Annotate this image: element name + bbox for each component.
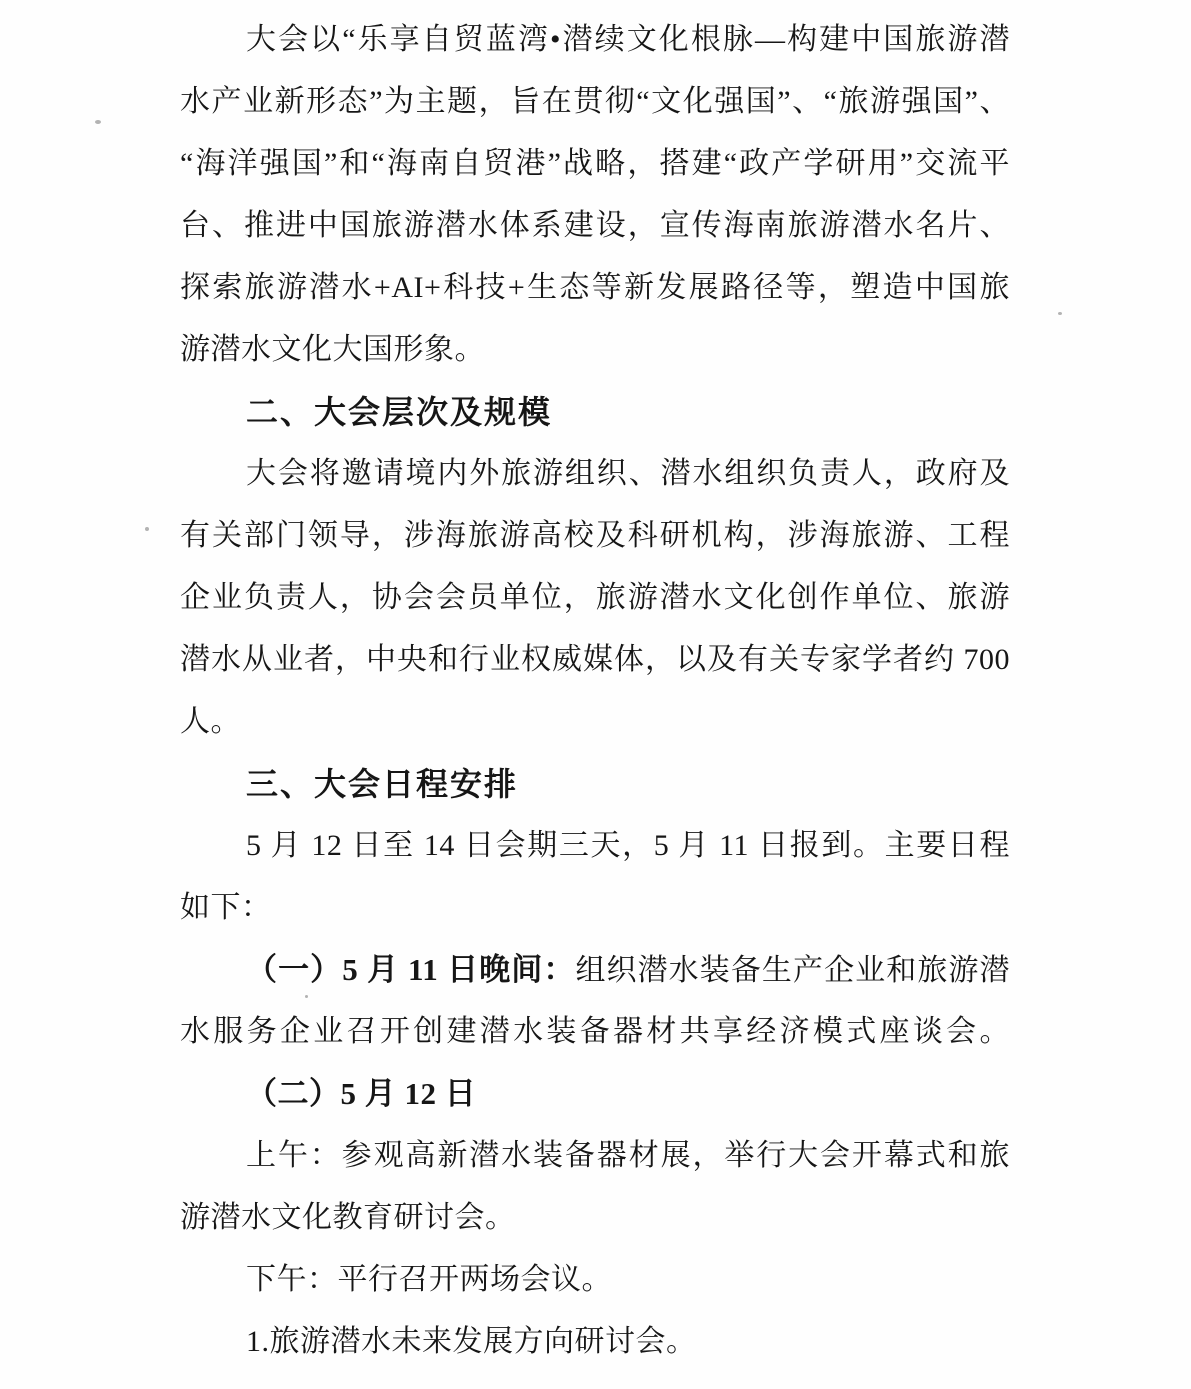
text-line: 水服务企业召开创建潜水装备器材共享经济模式座谈会。 — [180, 1001, 1010, 1063]
text-line: 1.旅游潜水未来发展方向研讨会。 — [180, 1311, 1010, 1373]
document-body: 大会以“乐享自贸蓝湾•潜续文化根脉—构建中国旅游潜水产业新形态”为主题，旨在贯彻… — [180, 9, 1010, 1373]
text-line: 水产业新形态”为主题，旨在贯彻“文化强国”、“旅游强国”、 — [180, 71, 1010, 133]
text-run: 游潜水文化教育研讨会。 — [180, 1201, 516, 1234]
text-line: 大会将邀请境内外旅游组织、潜水组织负责人，政府及 — [180, 443, 1010, 505]
scan-speck — [1058, 312, 1062, 315]
text-run: 水产业新形态”为主题，旨在贯彻“文化强国”、“旅游强国”、 — [180, 85, 1010, 118]
section-heading-line: 三、大会日程安排 — [180, 753, 1010, 815]
text-run: 游潜水文化大国形象。 — [180, 333, 485, 366]
text-run: 潜水从业者，中央和行业权威媒体，以及有关专家学者约 700 — [180, 643, 1010, 676]
text-run: 上午：参观高新潜水装备器材展，举行大会开幕式和旅 — [246, 1139, 1010, 1172]
text-line: （一）5 月 11 日晚间：组织潜水装备生产企业和旅游潜 — [180, 939, 1010, 1001]
bold-text-run: （一）5 月 11 日晚间： — [246, 952, 575, 987]
text-run: 下午：平行召开两场会议。 — [246, 1263, 612, 1296]
text-run: 5 月 12 日至 14 日会期三天，5 月 11 日报到。主要日程 — [246, 829, 1010, 862]
text-run: 组织潜水装备生产企业和旅游潜 — [575, 954, 1010, 987]
text-line: 探索旅游潜水+AI+科技+生态等新发展路径等，塑造中国旅 — [180, 257, 1010, 319]
text-line: 人。 — [180, 691, 1010, 753]
document-page: 大会以“乐享自贸蓝湾•潜续文化根脉—构建中国旅游潜水产业新形态”为主题，旨在贯彻… — [0, 0, 1191, 1389]
bold-text-run: 二、大会层次及规模 — [246, 394, 552, 430]
text-line: 上午：参观高新潜水装备器材展，举行大会开幕式和旅 — [180, 1125, 1010, 1187]
text-line: 游潜水文化教育研讨会。 — [180, 1187, 1010, 1249]
text-run: 1.旅游潜水未来发展方向研讨会。 — [246, 1325, 697, 1358]
text-run: 水服务企业召开创建潜水装备器材共享经济模式座谈会。 — [180, 1015, 1010, 1048]
text-line: 企业负责人，协会会员单位，旅游潜水文化创作单位、旅游 — [180, 567, 1010, 629]
text-line: 大会以“乐享自贸蓝湾•潜续文化根脉—构建中国旅游潜 — [180, 9, 1010, 71]
text-line: 台、推进中国旅游潜水体系建设，宣传海南旅游潜水名片、 — [180, 195, 1010, 257]
text-line: 下午：平行召开两场会议。 — [180, 1249, 1010, 1311]
text-run: 如下： — [180, 891, 272, 924]
scan-speck — [95, 120, 101, 124]
bold-text-run: 三、大会日程安排 — [246, 766, 518, 802]
text-run: 企业负责人，协会会员单位，旅游潜水文化创作单位、旅游 — [180, 581, 1010, 614]
text-line: 潜水从业者，中央和行业权威媒体，以及有关专家学者约 700 — [180, 629, 1010, 691]
text-line: （二）5 月 12 日 — [180, 1063, 1010, 1125]
text-run: 大会以“乐享自贸蓝湾•潜续文化根脉—构建中国旅游潜 — [246, 23, 1010, 56]
text-run: 有关部门领导，涉海旅游高校及科研机构，涉海旅游、工程 — [180, 519, 1010, 552]
text-line: “海洋强国”和“海南自贸港”战略，搭建“政产学研用”交流平 — [180, 133, 1010, 195]
text-line: 游潜水文化大国形象。 — [180, 319, 1010, 381]
text-line: 5 月 12 日至 14 日会期三天，5 月 11 日报到。主要日程 — [180, 815, 1010, 877]
text-run: 探索旅游潜水+AI+科技+生态等新发展路径等，塑造中国旅 — [180, 271, 1010, 304]
scan-speck — [305, 995, 308, 998]
section-heading-line: 二、大会层次及规模 — [180, 381, 1010, 443]
bold-text-run: （二）5 月 12 日 — [246, 1076, 476, 1111]
text-line: 如下： — [180, 877, 1010, 939]
text-run: 台、推进中国旅游潜水体系建设，宣传海南旅游潜水名片、 — [180, 209, 1010, 242]
text-run: 人。 — [180, 705, 241, 738]
text-line: 有关部门领导，涉海旅游高校及科研机构，涉海旅游、工程 — [180, 505, 1010, 567]
scan-speck — [145, 527, 149, 531]
text-run: 大会将邀请境内外旅游组织、潜水组织负责人，政府及 — [246, 457, 1010, 490]
text-run: “海洋强国”和“海南自贸港”战略，搭建“政产学研用”交流平 — [180, 147, 1010, 180]
